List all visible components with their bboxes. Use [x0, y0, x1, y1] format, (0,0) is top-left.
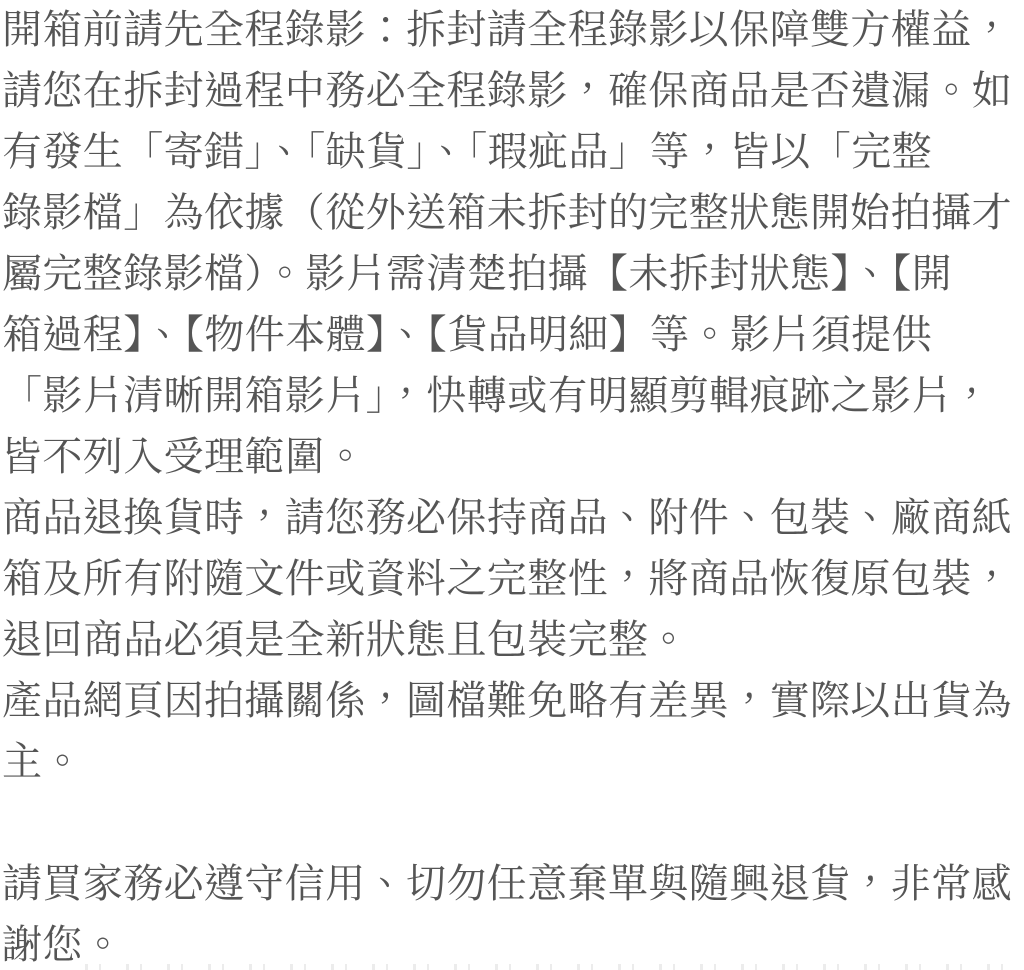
notice-text-line: 主。 [2, 732, 1022, 793]
notice-text-line: 開箱前請先全程錄影：拆封請全程錄影以保障雙方權益， [2, 0, 1022, 61]
notice-text-line: 請您在拆封過程中務必全程錄影，確保商品是否遺漏。如 [2, 61, 1022, 122]
notice-text-line: 錄影檔」為依據（從外送箱未拆封的完整狀態開始拍攝才 [2, 183, 1022, 244]
notice-text-line: 箱及所有附隨文件或資料之完整性，將商品恢復原包裝， [2, 549, 1022, 610]
notice-text-line: 屬完整錄影檔）。影片需清楚拍攝【未拆封狀態】、【開 [2, 244, 1022, 305]
notice-text-line: 商品退換貨時，請您務必保持商品、附件、包裝、廠商紙 [2, 488, 1022, 549]
next-line-clipped-glyph-tops [85, 964, 1016, 970]
notice-text-line: 請買家務必遵守信用、切勿任意棄單與隨興退貨，非常感 [2, 854, 1022, 915]
store-policy-notice: 開箱前請先全程錄影：拆封請全程錄影以保障雙方權益，請您在拆封過程中務必全程錄影，… [2, 0, 1022, 970]
notice-line-list: 開箱前請先全程錄影：拆封請全程錄影以保障雙方權益，請您在拆封過程中務必全程錄影，… [2, 0, 1022, 970]
notice-text-line: 產品網頁因拍攝關係，圖檔難免略有差異，實際以出貨為 [2, 671, 1022, 732]
notice-text-line: 「影片清晰開箱影片」，快轉或有明顯剪輯痕跡之影片， [2, 366, 1022, 427]
notice-text-line: 箱過程】、【物件本體】、【貨品明細】等。影片須提供 [2, 305, 1022, 366]
notice-text-line: 有發生「寄錯」、「缺貨」、「瑕疵品」等，皆以「完整 [2, 122, 1022, 183]
notice-text-line [2, 793, 1022, 854]
notice-text-line: 皆不列入受理範圍。 [2, 427, 1022, 488]
notice-text-line: 退回商品必須是全新狀態且包裝完整。 [2, 610, 1022, 671]
notice-text-line: 謝您。 [2, 915, 1022, 970]
